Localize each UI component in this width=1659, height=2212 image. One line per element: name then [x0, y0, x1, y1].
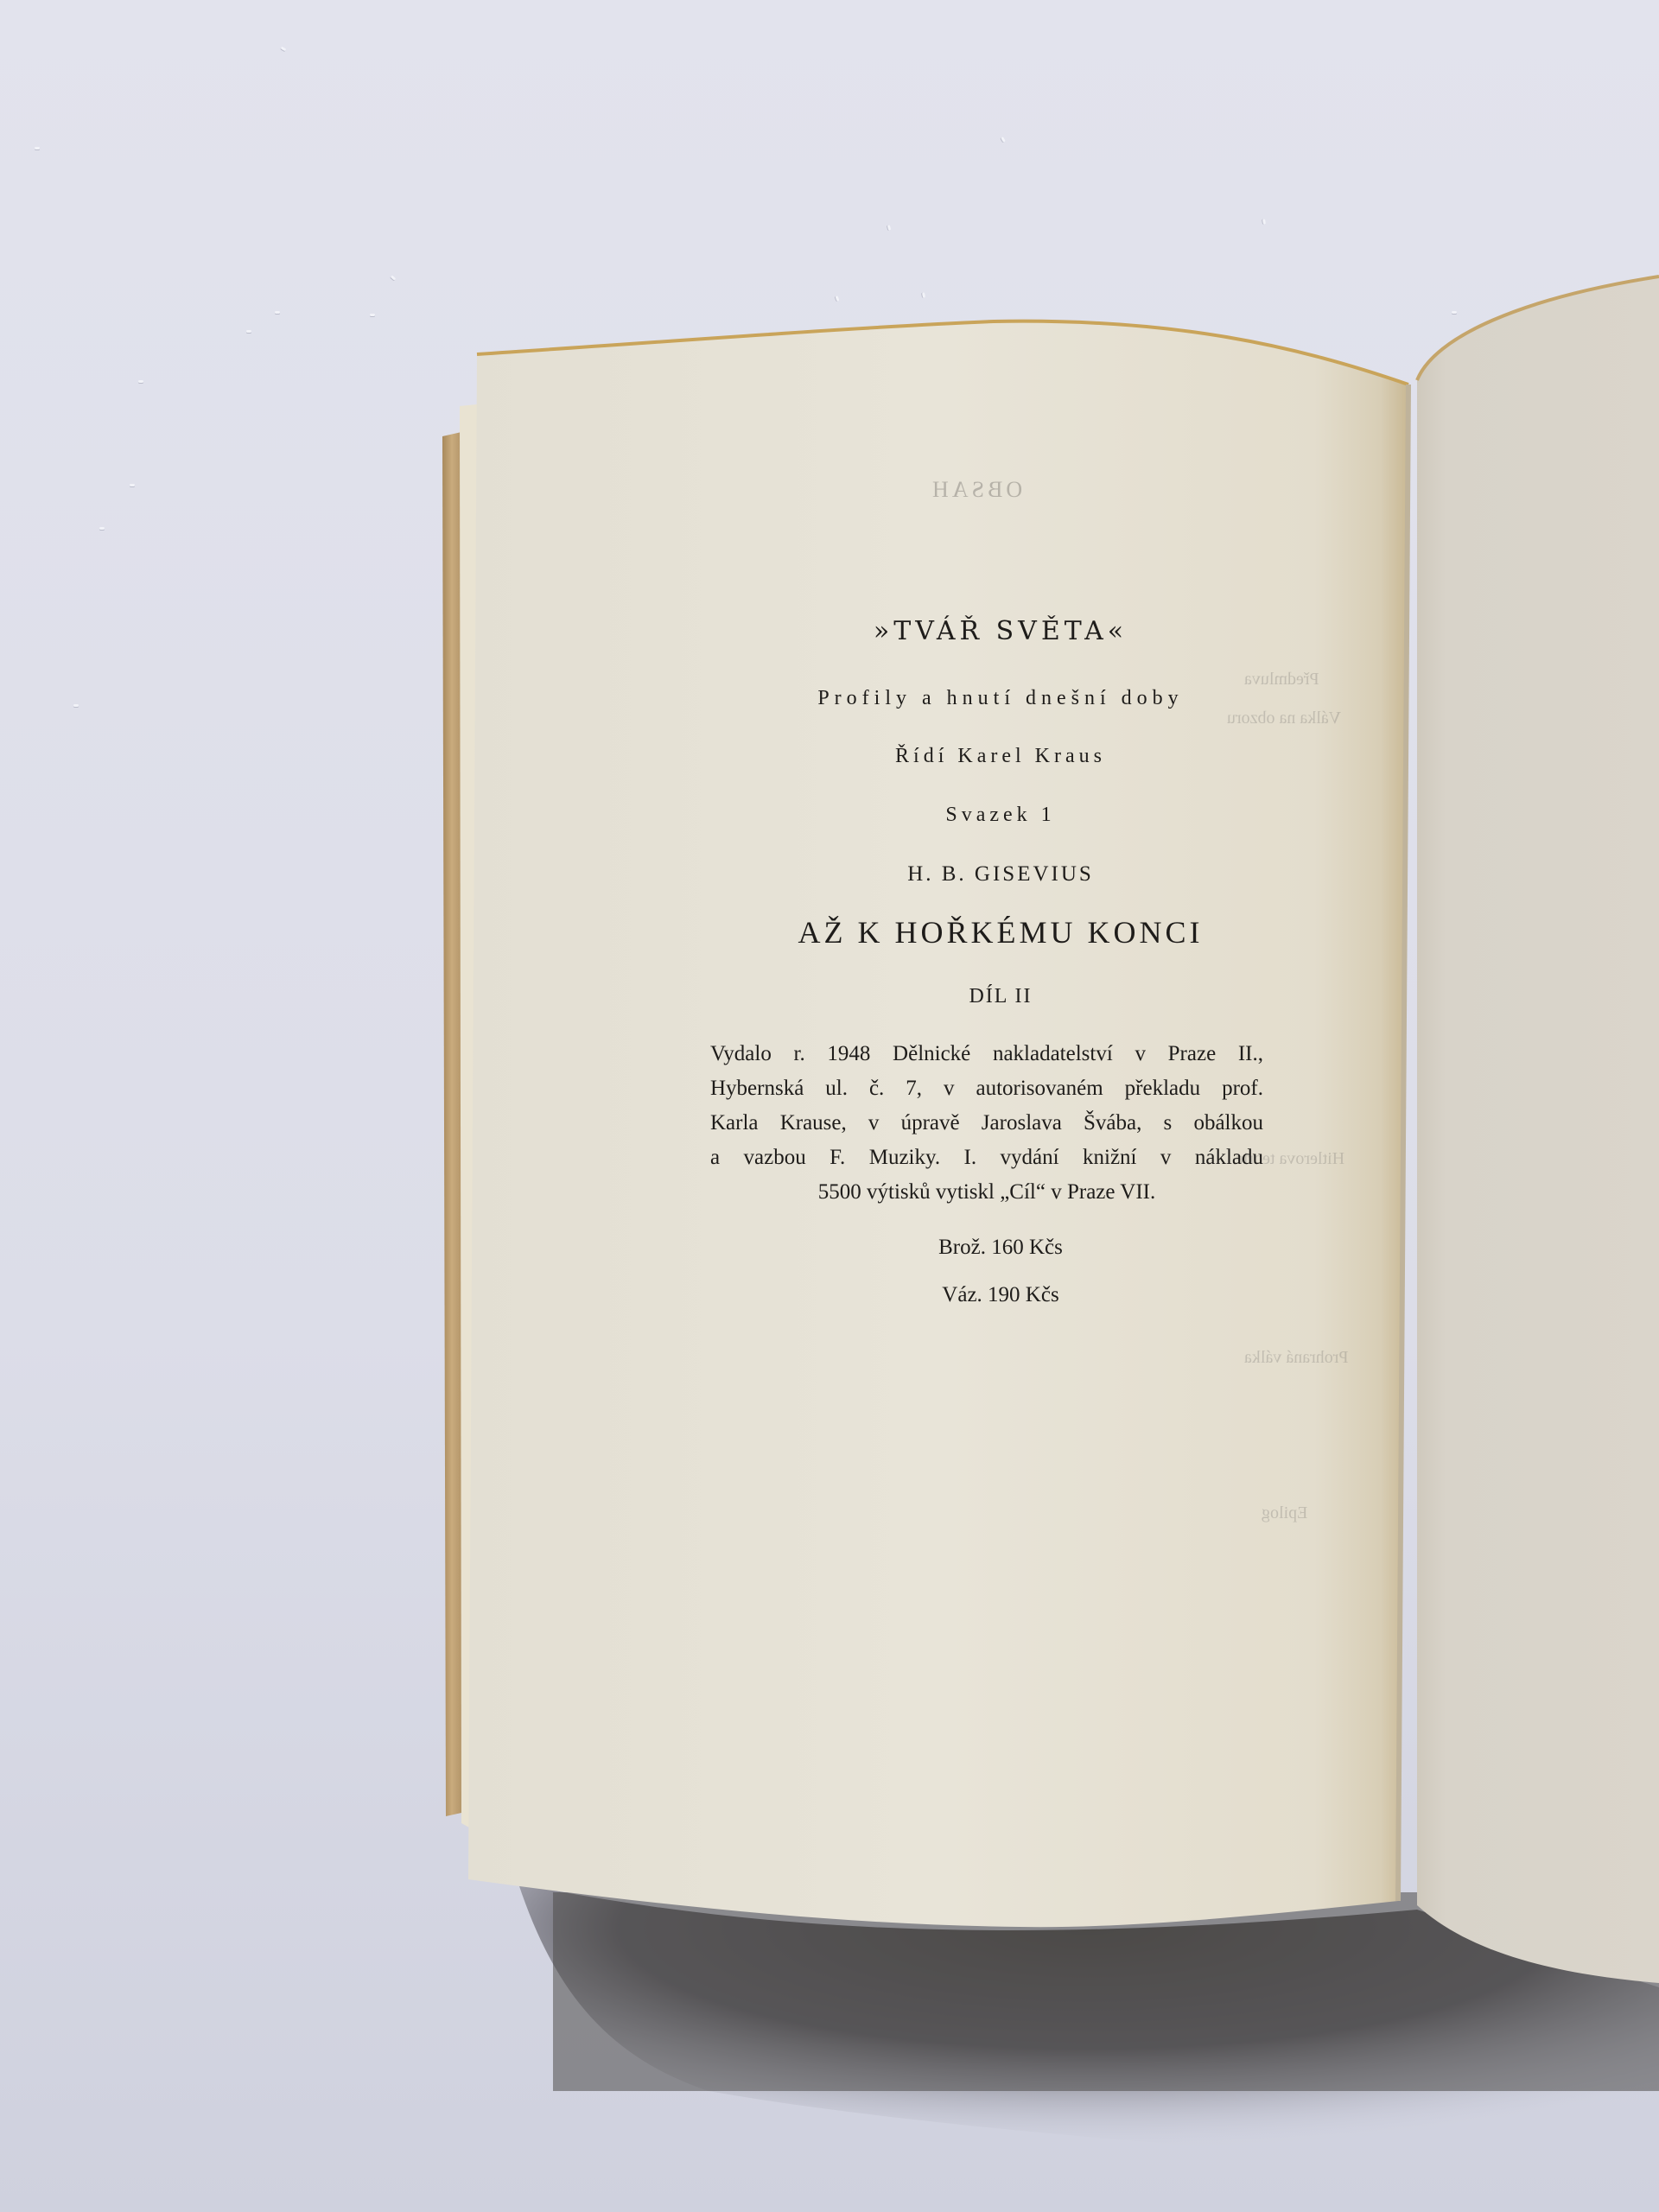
book-title: AŽ K HOŘKÉMU KONCI: [691, 914, 1310, 950]
imprint-line: 5500 výtisků vytiskl „Cíl“ v Praze VII.: [710, 1175, 1263, 1210]
part-number: DÍL II: [691, 985, 1310, 1008]
price-paperback: Brož. 160 Kčs: [691, 1236, 1310, 1260]
series-subtitle: Profily a hnutí dnešní doby: [691, 687, 1310, 710]
imprint-line: a vazbou F. Muziky. I. vydání knižní v n…: [710, 1141, 1263, 1175]
volume-number: Svazek 1: [691, 804, 1310, 827]
bleed-through-heading: OBSAH: [929, 477, 1022, 503]
book-cover-edge: [442, 432, 461, 1816]
author-name: H. B. GISEVIUS: [691, 862, 1310, 887]
photo-scene: OBSAH Předmluva Válka na obzoru Hitlerov…: [0, 0, 1659, 2212]
bleed-through-text: Epilog: [1262, 1503, 1307, 1523]
right-page: [1417, 276, 1659, 1983]
series-editor: Řídí Karel Kraus: [691, 745, 1310, 768]
imprint-line: Vydalo r. 1948 Dělnické nakladatelství v…: [710, 1037, 1263, 1071]
series-title: »TVÁŘ SVĚTA«: [691, 616, 1310, 646]
bleed-through-text: Prohraná válka: [1244, 1348, 1349, 1368]
imprint-line: Hybernská ul. č. 7, v autorisovaném přek…: [710, 1071, 1263, 1106]
imprint-line: Karla Krause, v úpravě Jaroslava Švába, …: [710, 1106, 1263, 1141]
bleed-through-text: Válka na obzoru: [1227, 709, 1341, 728]
price-hardcover: Váz. 190 Kčs: [691, 1283, 1310, 1307]
imprint-paragraph: Vydalo r. 1948 Dělnické nakladatelství v…: [710, 1037, 1263, 1210]
